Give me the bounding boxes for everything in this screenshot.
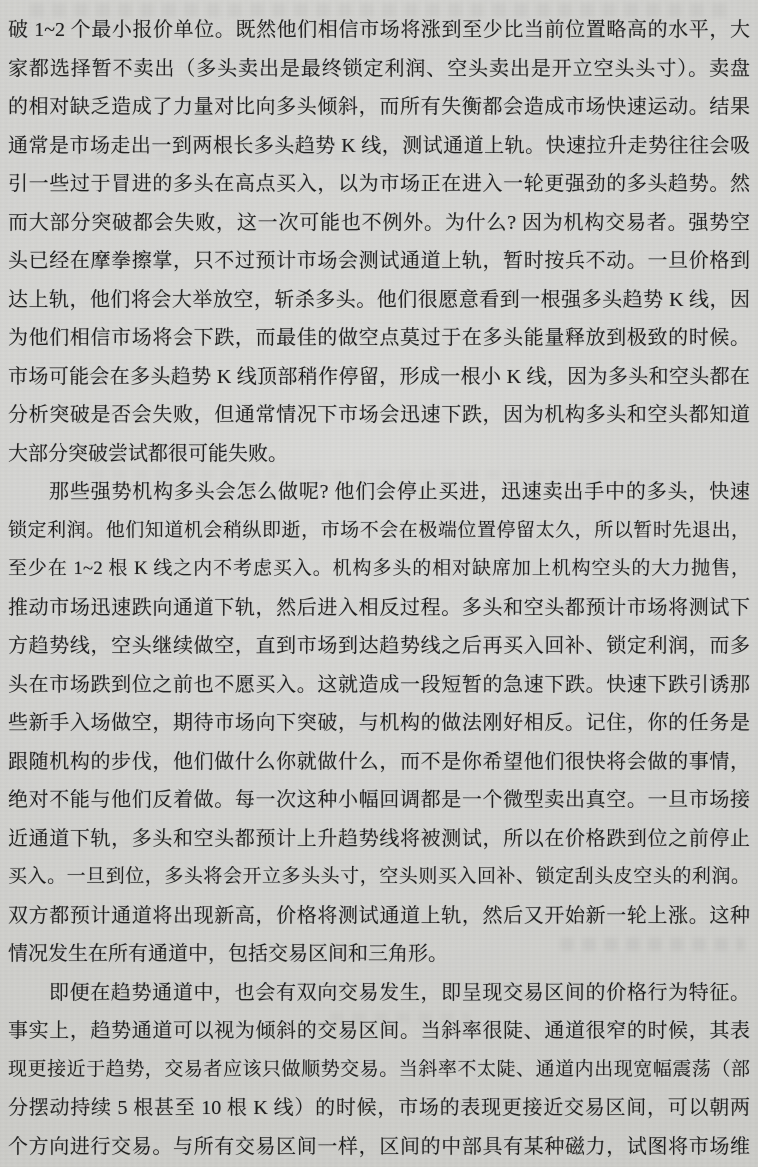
- text-line: 通常是市场走出一到两根长多头趋势 K 线，测试通道上轨。快速拉升走势往往会吸: [8, 127, 750, 166]
- text-line: 跟随机构的步伐，他们做什么你就做什么，而不是你希望他们很快将会做的事情，: [8, 743, 750, 782]
- text-line: 锁定利润。他们知道机会稍纵即逝，市场不会在极端位置停留太久，所以暂时先退出，: [8, 512, 750, 551]
- text-line: 大部分突破尝试都很可能失败。: [8, 435, 750, 474]
- text-line: 引一些过于冒进的多头在高点买入，以为市场正在进入一轮更强劲的多头趋势。然: [8, 165, 750, 204]
- text-line: 买入。一旦到位，多头将会开立多头头寸，空头则买入回补、锁定刮头皮空头的利润。: [8, 858, 750, 897]
- text-line: 分摆动持续 5 根甚至 10 根 K 线）的时候，市场的表现更接近交易区间，可以…: [8, 1089, 750, 1128]
- text-line: 至少在 1~2 根 K 线之内不考虑买入。机构多头的相对缺席加上机构空头的大力抛…: [8, 550, 750, 589]
- text-line: 个方向进行交易。与所有交易区间一样，区间的中部具有某种磁力，试图将市场维: [8, 1128, 750, 1167]
- text-line: 近通道下轨，多头和空头都预计上升趋势线将被测试，所以在价格跌到位之前停止: [8, 820, 750, 859]
- body-text: 破 1~2 个最小报价单位。既然他们相信市场将涨到至少比当前位置略高的水平，大 …: [8, 11, 750, 1166]
- text-line: 事实上，趋势通道可以视为倾斜的交易区间。当斜率很陡、通道很窄的时候，其表: [8, 1012, 750, 1051]
- text-line: 为他们相信市场将会下跌，而最佳的做空点莫过于在多头能量释放到极致的时候。: [8, 319, 750, 358]
- scanned-page: 破 1~2 个最小报价单位。既然他们相信市场将涨到至少比当前位置略高的水平，大 …: [0, 0, 758, 1167]
- text-line: 达上轨，他们将会大举放空，斩杀多头。他们很愿意看到一根强多头趋势 K 线，因: [8, 281, 750, 320]
- text-line: 推动市场迅速跌向通道下轨，然后进入相反过程。多头和空头都预计市场将测试下: [8, 589, 750, 628]
- text-line: 头在市场跌到位之前也不愿买入。这就造成一段短暂的急速下跌。快速下跌引诱那: [8, 666, 750, 705]
- paragraph-1: 破 1~2 个最小报价单位。既然他们相信市场将涨到至少比当前位置略高的水平，大 …: [8, 11, 750, 473]
- text-line: 分析突破是否会失败，但通常情况下市场会迅速下跌，因为机构多头和空头都知道: [8, 396, 750, 435]
- text-line: 情况发生在所有通道中，包括交易区间和三角形。: [8, 935, 750, 974]
- text-line: 头已经在摩拳擦掌，只不过预计市场会测试通道上轨，暂时按兵不动。一旦价格到: [8, 242, 750, 281]
- paragraph-3: 即便在趋势通道中，也会有双向交易发生，即呈现交易区间的价格行为特征。 事实上，趋…: [8, 974, 750, 1167]
- text-line: 即便在趋势通道中，也会有双向交易发生，即呈现交易区间的价格行为特征。: [8, 974, 750, 1013]
- text-line: 那些强势机构多头会怎么做呢? 他们会停止买进，迅速卖出手中的多头，快速: [8, 473, 750, 512]
- text-line: 而大部分突破都会失败，这一次可能也不例外。为什么? 因为机构交易者。强势空: [8, 204, 750, 243]
- text-line: 的相对缺乏造成了力量对比向多头倾斜，而所有失衡都会造成市场快速运动。结果: [8, 88, 750, 127]
- text-line: 方趋势线，空头继续做空，直到市场到达趋势线之后再买入回补、锁定利润，而多: [8, 627, 750, 666]
- text-line: 市场可能会在多头趋势 K 线顶部稍作停留，形成一根小 K 线，因为多头和空头都在: [8, 358, 750, 397]
- text-line: 家都选择暂不卖出（多头卖出是最终锁定利润、空头卖出是开立空头头寸）。卖盘: [8, 50, 750, 89]
- text-line: 些新手入场做空，期待市场向下突破，与机构的做法刚好相反。记住，你的任务是: [8, 704, 750, 743]
- text-line: 破 1~2 个最小报价单位。既然他们相信市场将涨到至少比当前位置略高的水平，大: [8, 11, 750, 50]
- text-line: 现更接近于趋势，交易者应该只做顺势交易。当斜率不太陡、通道内出现宽幅震荡（部: [8, 1051, 750, 1090]
- paragraph-2: 那些强势机构多头会怎么做呢? 他们会停止买进，迅速卖出手中的多头，快速 锁定利润…: [8, 473, 750, 974]
- text-line: 双方都预计通道将出现新高，价格将测试通道上轨，然后又开始新一轮上涨。这种: [8, 897, 750, 936]
- text-line: 绝对不能与他们反着做。每一次这种小幅回调都是一个微型卖出真空。一旦市场接: [8, 781, 750, 820]
